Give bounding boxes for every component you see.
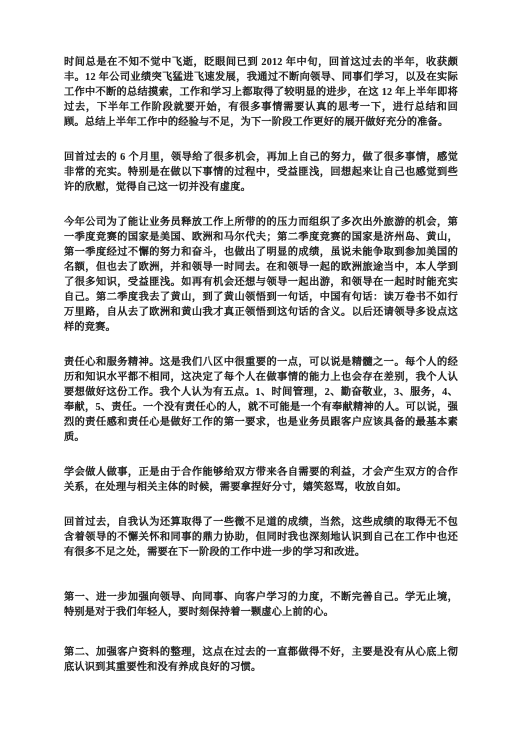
document-text-block: 时间总是在不知不觉中飞逝，眨眼间已到 2012 年中旬，回首这过去的半年，收获颇…: [64, 55, 458, 675]
paragraph: 责任心和服务精神。这是我们八区中很重要的一点，可以说是精髓之一。每个人的经历和知…: [64, 355, 458, 445]
document-page: 时间总是在不知不觉中飞逝，眨眼间已到 2012 年中旬，回首这过去的半年，收获颇…: [0, 0, 520, 735]
paragraph: 第一、进一步加强向领导、向同事、向客户学习的力度，不断完善自己。学无止境，特别是…: [64, 590, 458, 620]
paragraph: 学会做人做事，正是由于合作能够给双方带来各自需要的利益，才会产生双方的合作关系，…: [64, 465, 458, 495]
paragraph: 回首过去，自我认为还算取得了一些微不足道的成绩，当然，这些成绩的取得无不包含着领…: [64, 515, 458, 560]
paragraph: 时间总是在不知不觉中飞逝，眨眼间已到 2012 年中旬，回首这过去的半年，收获颇…: [64, 55, 458, 130]
paragraph: 回首过去的 6 个月里，领导给了很多机会，再加上自己的努力，做了很多事情，感觉非…: [64, 150, 458, 195]
paragraph: 第二、加强客户资料的整理，这点在过去的一直都做得不好，主要是没有从心底上彻底认识…: [64, 645, 458, 675]
paragraph: 今年公司为了能让业务员释放工作上所带的的压力而组织了多次出外旅游的机会，第一季度…: [64, 215, 458, 335]
